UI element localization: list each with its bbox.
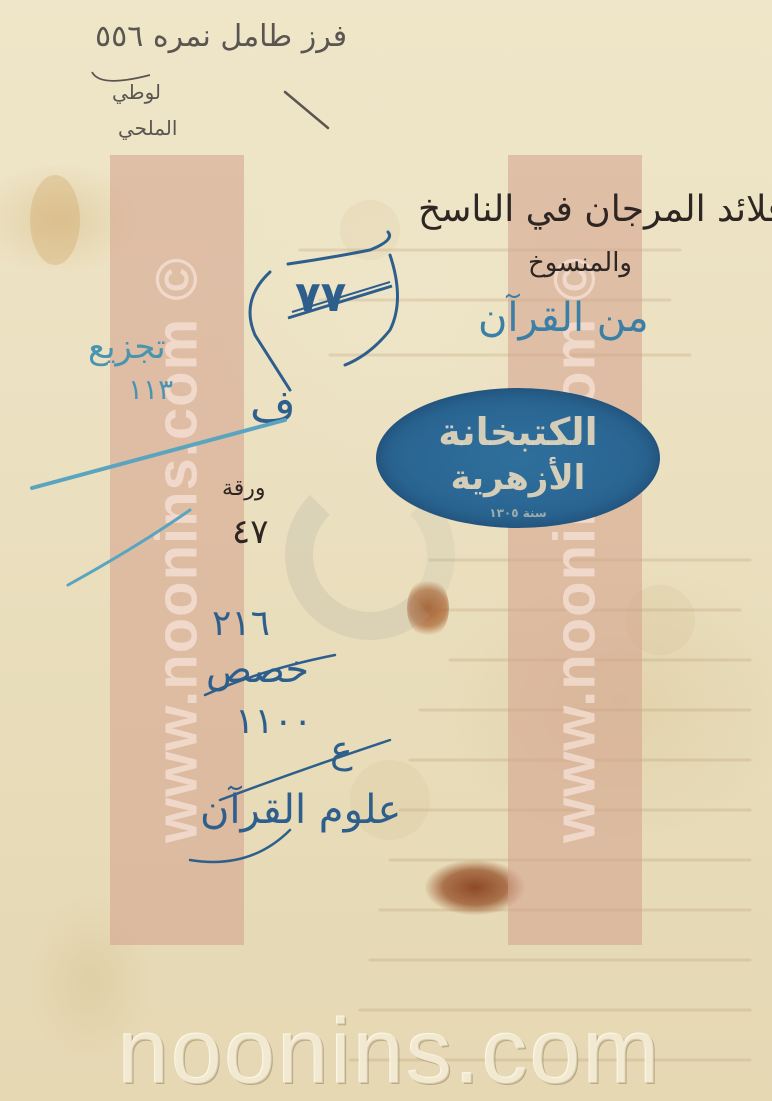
handwritten-strokes <box>0 0 772 1101</box>
manuscript-page: www.noonins.com © www.noonins.com © فرز … <box>0 0 772 1101</box>
footer-watermark: noonins.com <box>80 1000 700 1101</box>
stamp-line2: الأزهرية <box>376 458 660 498</box>
stamp-line1: الكتبخانة <box>376 410 660 454</box>
library-seal-stamp: الكتبخانة الأزهرية سنة ١٣٠٥ <box>376 388 660 528</box>
stamp-line3: سنة ١٣٠٥ <box>376 506 660 520</box>
